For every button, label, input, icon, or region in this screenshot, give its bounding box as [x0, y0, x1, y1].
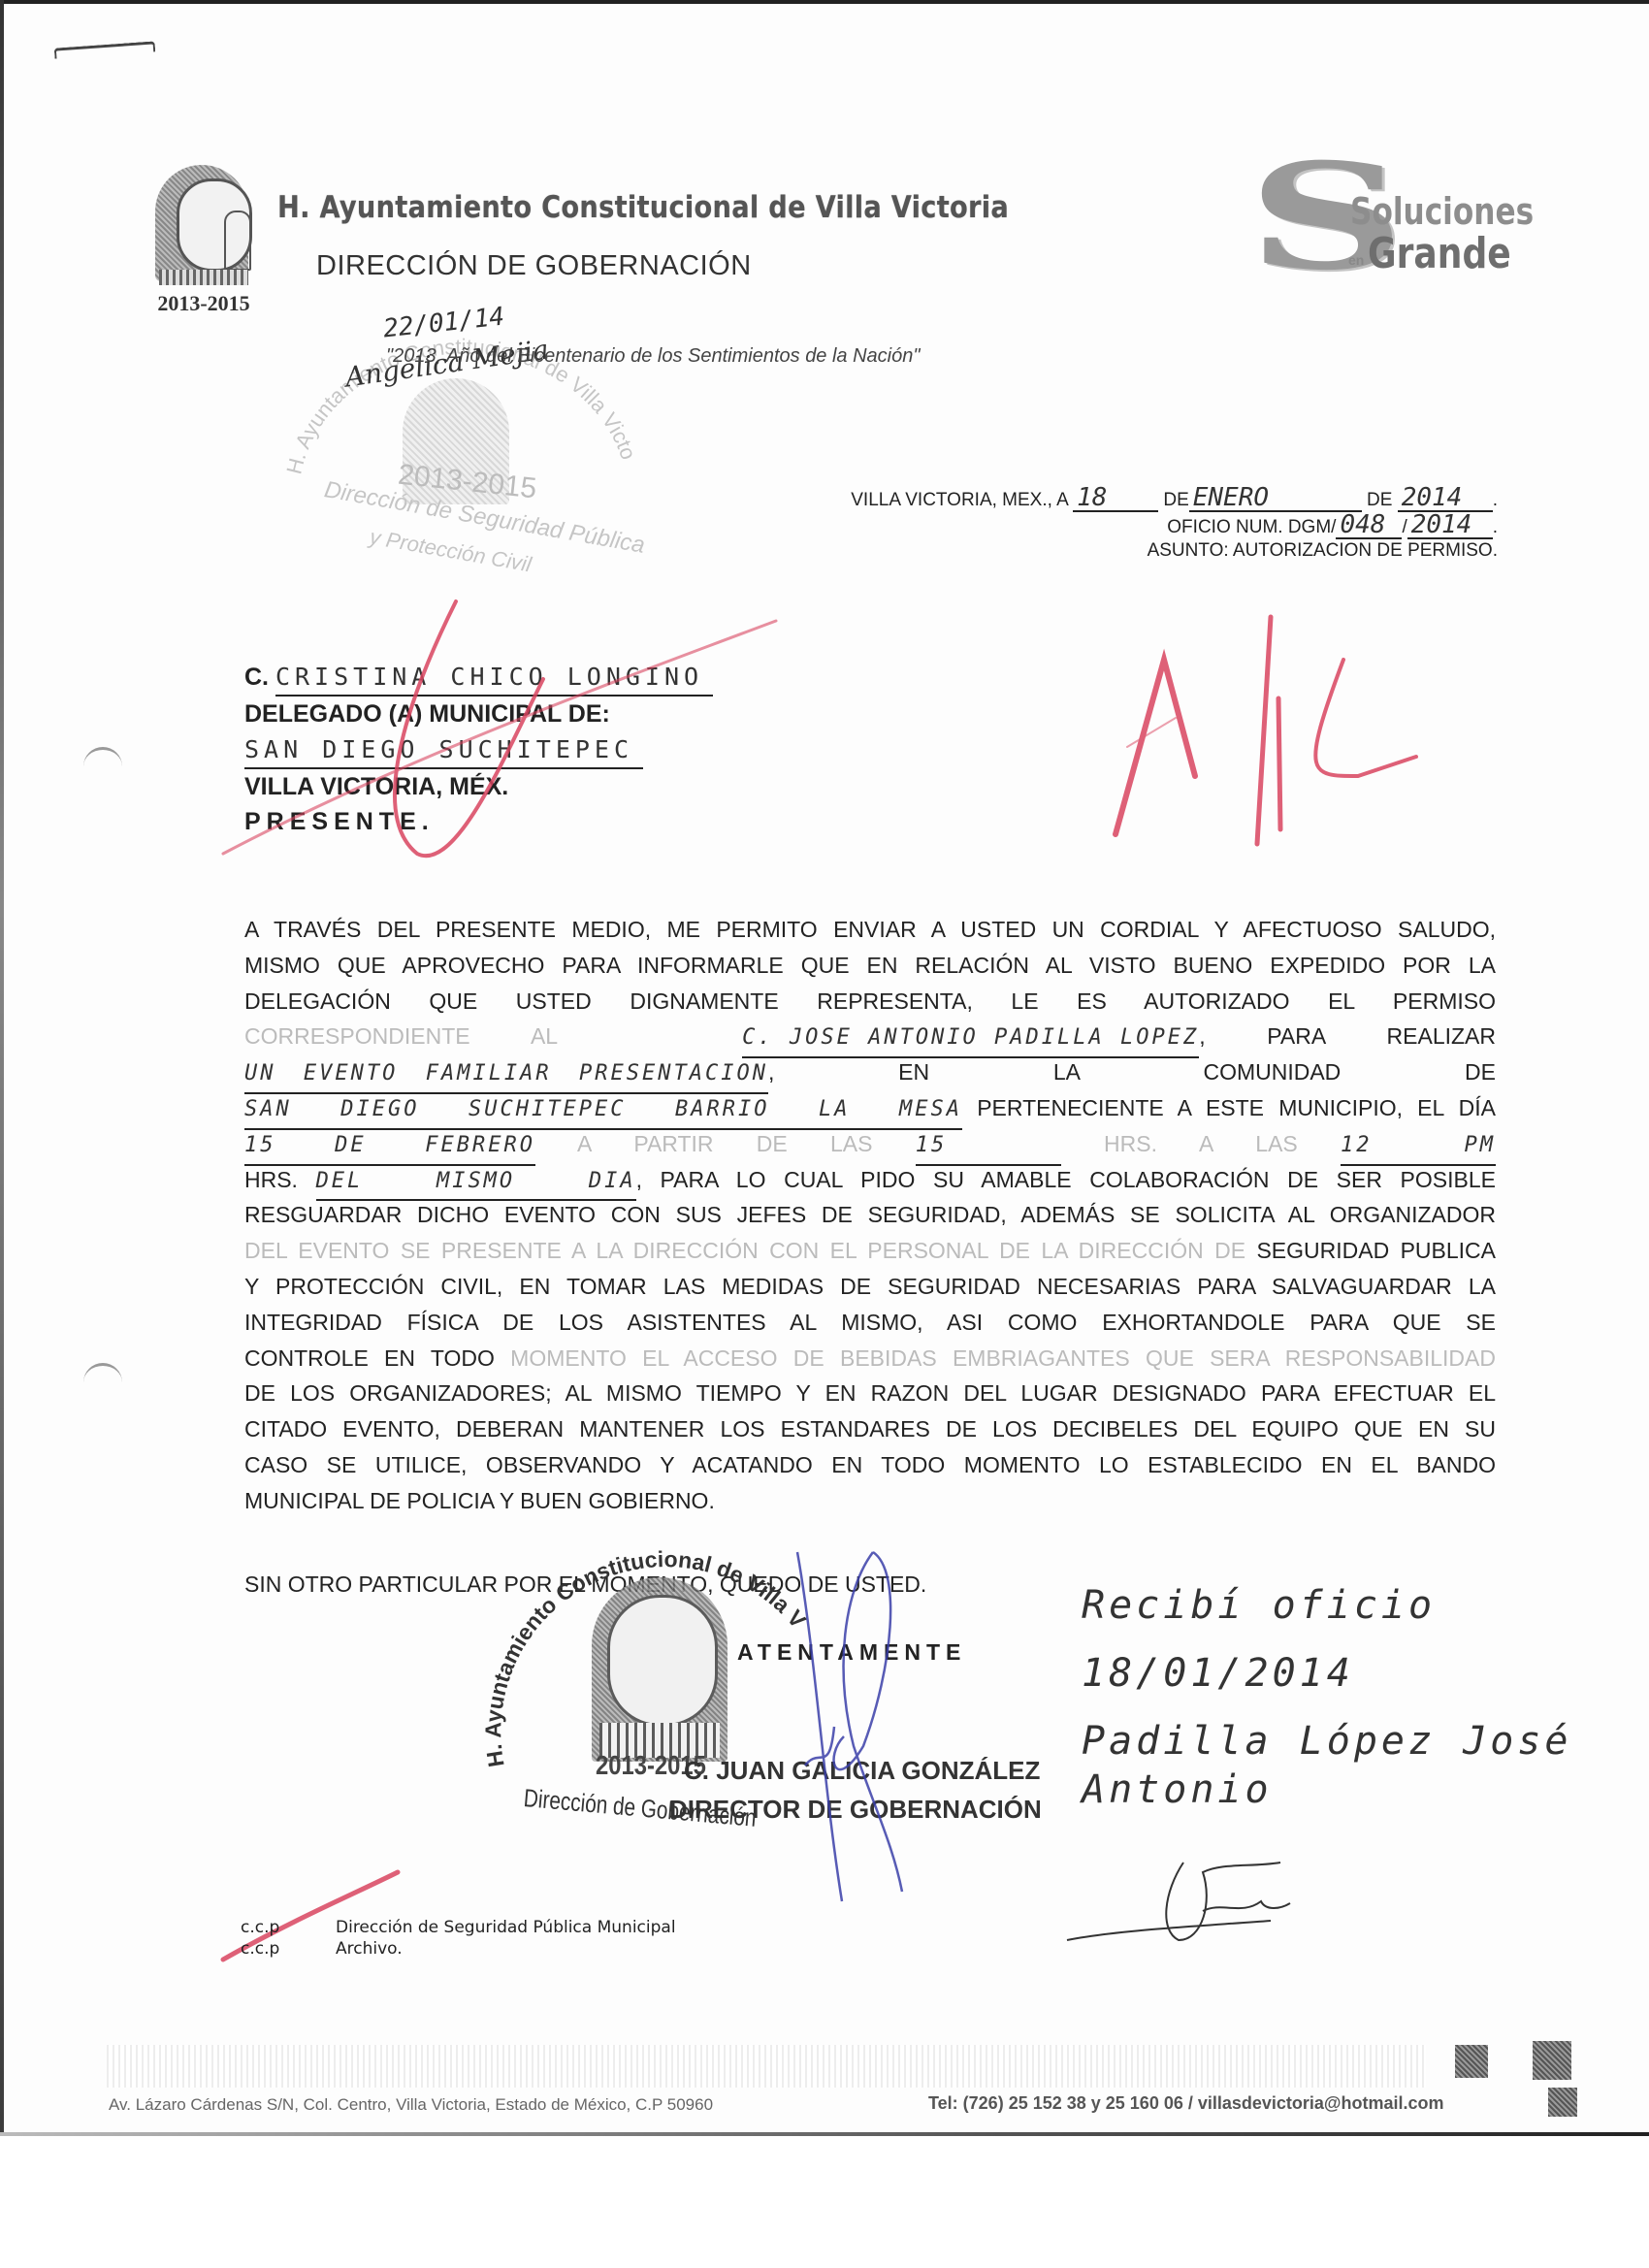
asunto: ASUNTO: AUTORIZACION DE PERMISO. — [851, 539, 1498, 563]
punch-hole-icon — [83, 1363, 122, 1387]
addressee-block: C. CRISTINA CHICO LONGINO DELEGADO (A) M… — [244, 660, 713, 839]
ccp-item: c.c.pArchivo. — [241, 1938, 676, 1960]
addressee-name: CRISTINA CHICO LONGINO — [275, 660, 713, 697]
atentamente: ATENTAMENTE — [737, 1639, 966, 1666]
footer-contact: Tel: (726) 25 152 38 y 25 160 06 / villa… — [928, 2093, 1444, 2114]
recipient-signature — [1057, 1843, 1309, 1960]
addressee-present: PRESENTE. — [244, 804, 713, 839]
ccp-item: c.c.pDirección de Seguridad Pública Muni… — [241, 1917, 676, 1938]
year-motto: "2013, Año del Bicentenario de los Senti… — [386, 345, 920, 368]
date-month-field: ENERO — [1189, 485, 1362, 512]
event-location-field: SAN DIEGO SUCHITEPEC BARRIO LA MESA — [244, 1092, 962, 1130]
event-date-field: 15 DE FEBRERO — [244, 1128, 535, 1166]
date-day-field: 18 — [1073, 485, 1158, 512]
signer-name: C. JUAN GALICIA GONZÁLEZ — [684, 1756, 1040, 1786]
crest-years: 2013-2015 — [145, 291, 262, 316]
svg-text:AK: AK — [1125, 852, 1127, 855]
start-time-field: 15 — [916, 1128, 1061, 1166]
municipal-crest-logo: 2013-2015 — [145, 165, 262, 320]
receipt-acknowledgment: Recibí oficio 18/01/2014 Padilla López J… — [1082, 1571, 1571, 1824]
punch-hole-icon — [83, 747, 122, 771]
soluciones-en-grande-logo: S Soluciones en Grande — [1247, 155, 1558, 301]
footer-address: Av. Lázaro Cárdenas S/N, Col. Centro, Vi… — [109, 2095, 713, 2115]
scan-edge-top — [0, 0, 1649, 4]
addressee-city: VILLA VICTORIA, MÉX. — [244, 769, 713, 804]
addressee-role: DELEGADO (A) MUNICIPAL DE: — [244, 697, 713, 731]
oficio-number: OFICIO NUM. DGM/048/2014. — [851, 512, 1498, 539]
scan-edge-left — [0, 0, 4, 2268]
stamp-crest-icon — [592, 1577, 727, 1762]
footer-pattern — [107, 2045, 1426, 2088]
letter-body: A TRAVÉS DEL PRESENTE MEDIO, ME PERMITO … — [244, 912, 1496, 1519]
scan-background — [0, 2136, 1649, 2268]
event-type-field: UN EVENTO FAMILIAR PRESENTACION — [244, 1056, 768, 1094]
end-time-field: 12 PM — [1341, 1128, 1496, 1166]
end-day-field: DEL MISMO DIA — [316, 1164, 636, 1202]
carbon-copy-list: c.c.pDirección de Seguridad Pública Muni… — [241, 1917, 676, 1960]
signer-role: DIRECTOR DE GOBERNACIÓN — [669, 1795, 1042, 1825]
official-stamp-gobernacion: H. Ayuntamiento Constitucional de Villa … — [456, 1523, 902, 1892]
footer-squares-icon — [1455, 2037, 1581, 2115]
beneficiary-field: C. JOSE ANTONIO PADILLA LOPEZ — [742, 1021, 1199, 1058]
staple-icon — [54, 41, 156, 58]
date-year-field: 2014 — [1398, 485, 1493, 512]
addressee-community: SAN DIEGO SUCHITEPEC — [244, 732, 643, 769]
org-title: H. Ayuntamiento Constitucional de Villa … — [277, 190, 1009, 225]
date-block: VILLA VICTORIA, MEX., A 18 DEENERO DE 20… — [851, 485, 1498, 563]
